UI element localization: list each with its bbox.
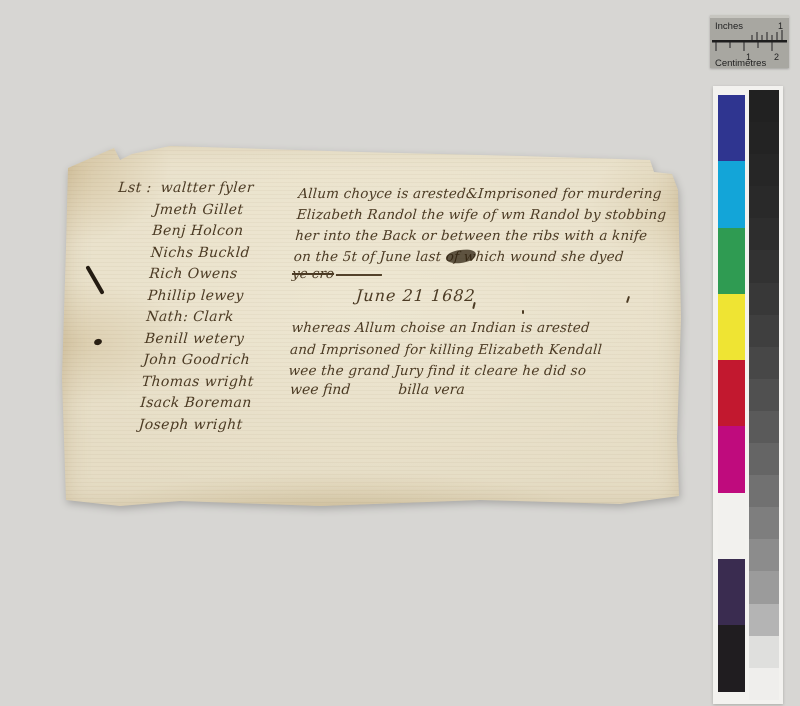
- paper-sheet: Lst :waltter fyler Jmeth Gillet Benj Hol…: [60, 138, 684, 510]
- color-patch-magenta: [718, 426, 745, 492]
- color-patch-blue: [718, 95, 745, 161]
- ink-dot-mark: [93, 338, 102, 346]
- paragraph-line: Elizabeth Randol the wife of wm Randol b…: [296, 205, 667, 226]
- paragraph-line: and Imprisoned for killing Elizabeth Ken…: [289, 340, 603, 362]
- grayscale-step: [749, 315, 779, 347]
- color-patch-white: [718, 493, 745, 559]
- color-patch-yellow: [718, 294, 745, 360]
- color-patch-black: [718, 625, 745, 691]
- grayscale-step: [749, 539, 779, 571]
- cm-tick-label-2: 2: [774, 52, 779, 62]
- struck-text: ye cro: [291, 266, 334, 282]
- ink-stroke-mark: [85, 265, 104, 295]
- grayscale-step: [749, 507, 779, 539]
- list-item: Thomas wright: [104, 372, 255, 394]
- grayscale-step: [749, 347, 779, 379]
- name-text: Benj Holcon: [152, 223, 244, 239]
- grayscale-step: [749, 122, 779, 154]
- verdict-paragraph: whereas Allum choise an Indian is areste…: [288, 318, 605, 383]
- grayscale-step: [749, 636, 779, 668]
- list-item: John Goodrich: [105, 350, 256, 372]
- color-patch-green: [718, 228, 745, 294]
- name-text: Phillip lewey: [147, 288, 244, 304]
- grayscale-step: [749, 283, 779, 315]
- stray-pen-mark: [522, 310, 524, 314]
- list-item: Benj Holcon: [115, 221, 266, 243]
- name-text: Nath: Clark: [146, 309, 235, 325]
- list-item: Jmeth Gillet: [116, 200, 267, 222]
- jury-name-list: Lst :waltter fyler Jmeth Gillet Benj Hol…: [101, 178, 268, 436]
- manuscript-paper: Lst :waltter fyler Jmeth Gillet Benj Hol…: [60, 138, 684, 510]
- stray-pen-mark: [472, 302, 476, 309]
- paragraph-line: on the 5t of June last of which wound sh…: [293, 247, 664, 268]
- grayscale-step: [749, 411, 779, 443]
- color-patch-dark-violet: [718, 559, 745, 625]
- grayscale-ramp-column: [749, 90, 779, 700]
- color-patch-red: [718, 360, 745, 426]
- list-item: Benill wetery: [107, 329, 258, 351]
- name-text: Jmeth Gillet: [153, 202, 244, 218]
- paragraph-line: her into the Back or between the ribs wi…: [295, 226, 666, 247]
- name-text: Nichs Buckld: [150, 245, 250, 261]
- list-item: Rich Owens: [112, 264, 263, 286]
- name-text: John Goodrich: [143, 352, 251, 368]
- grayscale-step: [749, 154, 779, 186]
- strike-line: [336, 274, 382, 276]
- paragraph-line: wee the grand Jury find it cleare he did…: [288, 361, 602, 383]
- stray-pen-mark: [626, 296, 630, 303]
- list-item: Lst :waltter fyler: [118, 178, 269, 200]
- inch-tick-label: 1: [778, 21, 783, 31]
- list-item: Isack Boreman: [102, 393, 253, 415]
- grayscale-step: [749, 571, 779, 603]
- list-item: Nichs Buckld: [113, 243, 264, 265]
- grayscale-step: [749, 218, 779, 250]
- name-text: Rich Owens: [149, 266, 238, 282]
- paragraph-line: Allum choyce is arested&Imprisoned for m…: [297, 184, 668, 205]
- list-item: Joseph wright: [101, 415, 252, 437]
- ruler-card: Inches 1 1 2 Centimetres: [710, 15, 789, 68]
- grayscale-step: [749, 250, 779, 282]
- verdict-text: billa vera: [398, 382, 466, 398]
- color-calibration-bar: [713, 86, 783, 704]
- paragraph-line: whereas Allum choise an Indian is areste…: [291, 318, 605, 340]
- ruler-graphic: Inches 1 1 2 Centimetres: [710, 15, 789, 68]
- list-item: Nath: Clark: [108, 307, 259, 329]
- name-text: Joseph wright: [138, 417, 243, 433]
- name-text: waltter fyler: [160, 180, 254, 196]
- grayscale-step: [749, 379, 779, 411]
- verdict-line: wee findbilla vera: [289, 382, 465, 398]
- grayscale-step: [749, 604, 779, 636]
- struck-out-text: ye cro: [291, 266, 382, 282]
- inches-label: Inches: [715, 21, 743, 32]
- name-text: Benill wetery: [144, 331, 245, 347]
- verdict-lead-text: wee find: [289, 382, 350, 398]
- photograph-background: Inches 1 1 2 Centimetres: [0, 0, 800, 706]
- accusation-paragraph: Allum choyce is arested&Imprisoned for m…: [293, 184, 668, 268]
- name-text: Thomas wright: [141, 374, 254, 390]
- name-text: Isack Boreman: [140, 395, 252, 411]
- grayscale-step: [749, 443, 779, 475]
- color-patch-cyan: [718, 161, 745, 227]
- grayscale-step: [749, 186, 779, 218]
- grayscale-step: [749, 475, 779, 507]
- list-prefix: Lst :: [118, 180, 152, 196]
- grayscale-step: [749, 668, 779, 700]
- centimetres-label: Centimetres: [715, 58, 766, 68]
- color-patch-column: [718, 95, 745, 692]
- date-line: June 21 1682: [355, 286, 476, 305]
- list-item: Phillip lewey: [110, 286, 261, 308]
- grayscale-step: [749, 90, 779, 122]
